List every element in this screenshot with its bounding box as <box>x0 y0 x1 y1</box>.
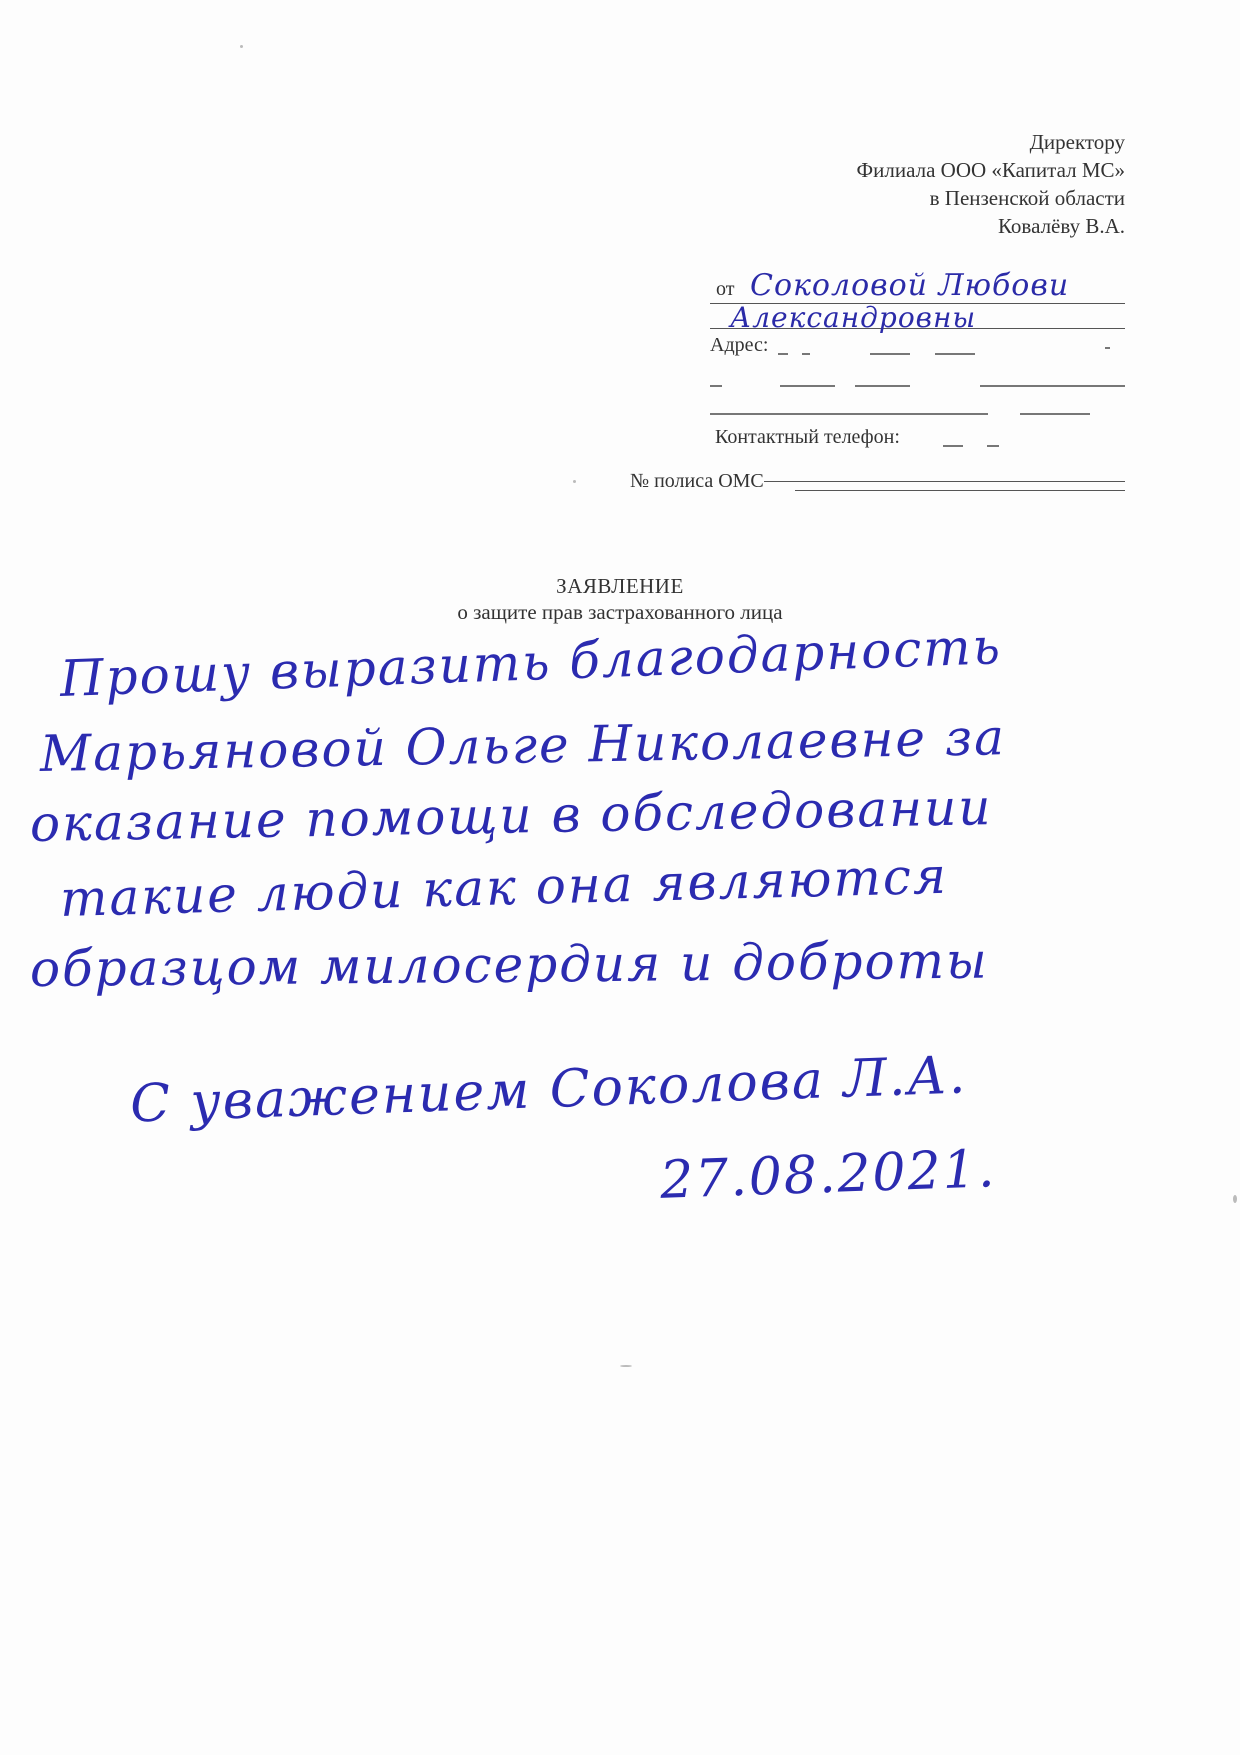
addressee-block: Директору Филиала ООО «Капитал МС» в Пен… <box>857 128 1125 240</box>
addressee-line: Директору <box>857 128 1125 156</box>
redacted-mark <box>943 445 963 447</box>
address-line-3 <box>710 391 1125 419</box>
applicant-name-line1: Соколовой Любови <box>750 268 1069 303</box>
redacted-mark <box>935 353 975 355</box>
handwritten-closing: С уважением Соколова Л.А. <box>129 1045 968 1134</box>
from-field-continued: Александровны <box>710 304 1125 329</box>
addressee-line: в Пензенской области <box>857 184 1125 212</box>
redacted-mark <box>980 385 1125 387</box>
redacted-mark <box>1105 347 1110 349</box>
phone-field: Контактный телефон: <box>710 419 1125 451</box>
from-label: от <box>716 278 736 301</box>
redacted-mark <box>1020 413 1090 415</box>
policy-underline <box>795 490 1125 491</box>
handwritten-body-line: Прошу выразить благодарность <box>59 617 1003 708</box>
from-field: от Соколовой Любови <box>710 265 1125 304</box>
redacted-mark <box>778 353 788 355</box>
addressee-line: Филиала ООО «Капитал МС» <box>857 156 1125 184</box>
policy-field: № полиса ОМС <box>630 470 1125 493</box>
applicant-block: от Соколовой Любови Александровны Адрес:… <box>710 265 1125 482</box>
address-line-2 <box>710 359 1125 391</box>
handwritten-date: 27.08.2021. <box>659 1139 997 1211</box>
scan-speck <box>1233 1195 1237 1203</box>
scan-speck <box>620 1365 632 1367</box>
handwritten-body-line: такие люди как она являются <box>59 847 948 928</box>
redacted-mark <box>855 385 910 387</box>
redacted-mark <box>780 385 835 387</box>
addressee-line: Ковалёву В.А. <box>857 212 1125 240</box>
scan-speck <box>573 480 576 483</box>
handwritten-body-line: Марьяновой Ольге Николаевне за <box>39 708 1006 783</box>
handwritten-body-line: образцом милосердия и доброты <box>30 932 989 998</box>
redacted-mark <box>802 353 810 355</box>
redacted-mark <box>987 445 999 447</box>
address-field: Адрес: <box>710 329 1125 359</box>
scan-speck <box>240 45 243 48</box>
document-title: ЗАЯВЛЕНИЕ <box>0 574 1240 599</box>
handwritten-body-line: оказание помощи в обследовании <box>29 778 992 853</box>
scanned-page: Директору Филиала ООО «Капитал МС» в Пен… <box>0 0 1240 1755</box>
policy-label: № полиса ОМС <box>630 470 764 493</box>
redacted-mark <box>710 385 722 387</box>
redacted-mark <box>870 353 910 355</box>
phone-label: Контактный телефон: <box>715 426 900 449</box>
redacted-mark <box>710 413 988 415</box>
document-subtitle: о защите прав застрахованного лица <box>0 600 1240 625</box>
address-label: Адрес: <box>710 334 768 357</box>
